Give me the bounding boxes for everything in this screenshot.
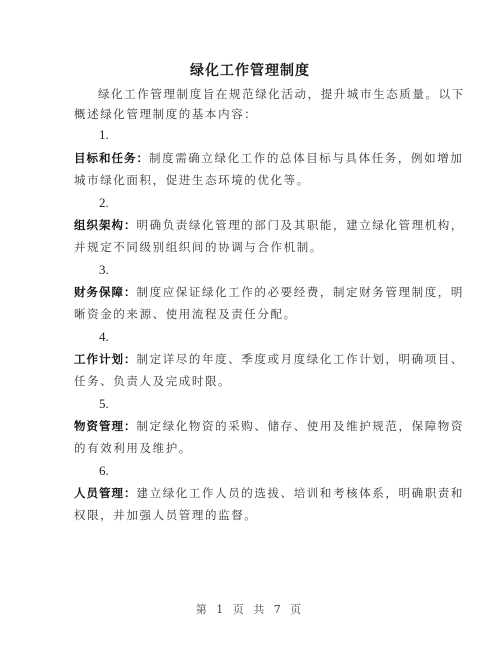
section-3-number: 3. (99, 262, 451, 278)
section-5-line-2: 的有效利用及维护。 (74, 440, 426, 456)
intro-line-2: 概述绿化管理制度的基本内容： (74, 106, 426, 122)
section-4-text: 制定详尽的年度、季度或月度绿化工作计划，明确项目、 (137, 352, 465, 366)
section-1-line-1: 目标和任务：制度需确立绿化工作的总体目标与具体任务，例如增加 (74, 150, 426, 166)
intro-line-1: 绿化工作管理制度旨在规范绿化活动，提升城市生态质量。以下 (98, 86, 450, 102)
section-3-line-1: 财务保障：制度应保证绿化工作的必要经费，制定财务管理制度，明 (74, 284, 426, 300)
section-3-text: 制度应保证绿化工作的必要经费，制定财务管理制度，明 (137, 285, 465, 299)
section-4-number: 4. (99, 329, 451, 345)
section-2-line-2: 并规定不同级别组织间的协调与合作机制。 (74, 239, 426, 255)
section-6-line-2: 权限，并加强人员管理的监督。 (74, 507, 426, 523)
document-title: 绿化工作管理制度 (0, 60, 500, 80)
section-4-line-2: 任务、负责人及完成时限。 (74, 373, 426, 389)
section-1-line-2: 城市绿化面积，促进生态环境的优化等。 (74, 172, 426, 188)
document-page: 绿化工作管理制度 绿化工作管理制度旨在规范绿化活动，提升城市生态质量。以下 概述… (0, 0, 500, 647)
section-6-heading: 人员管理： (74, 486, 137, 500)
section-5-text: 制定绿化物资的采购、储存、使用及维护规范，保障物资 (137, 419, 465, 433)
section-3-line-2: 晰资金的来源、使用流程及责任分配。 (74, 306, 426, 322)
section-4-line-1: 工作计划：制定详尽的年度、季度或月度绿化工作计划，明确项目、 (74, 351, 426, 367)
section-2-line-1: 组织架构：明确负责绿化管理的部门及其职能，建立绿化管理机构， (74, 217, 426, 233)
section-1-heading: 目标和任务： (74, 151, 149, 165)
section-2-text: 明确负责绿化管理的部门及其职能，建立绿化管理机构， (137, 218, 465, 232)
section-6-line-1: 人员管理：建立绿化工作人员的选拔、培训和考核体系，明确职责和 (74, 485, 426, 501)
page-footer: 第 1 页 共 7 页 (0, 601, 500, 617)
section-5-heading: 物资管理： (74, 419, 137, 433)
section-5-number: 5. (99, 396, 451, 412)
section-2-heading: 组织架构： (74, 218, 137, 232)
section-4-heading: 工作计划： (74, 352, 137, 366)
section-1-text: 制度需确立绿化工作的总体目标与具体任务，例如增加 (149, 151, 463, 165)
section-6-number: 6. (99, 463, 451, 479)
section-1-number: 1. (99, 127, 451, 143)
section-5-line-1: 物资管理：制定绿化物资的采购、储存、使用及维护规范，保障物资 (74, 418, 426, 434)
section-6-text: 建立绿化工作人员的选拔、培训和考核体系，明确职责和 (137, 486, 465, 500)
section-3-heading: 财务保障： (74, 285, 137, 299)
section-2-number: 2. (99, 195, 451, 211)
